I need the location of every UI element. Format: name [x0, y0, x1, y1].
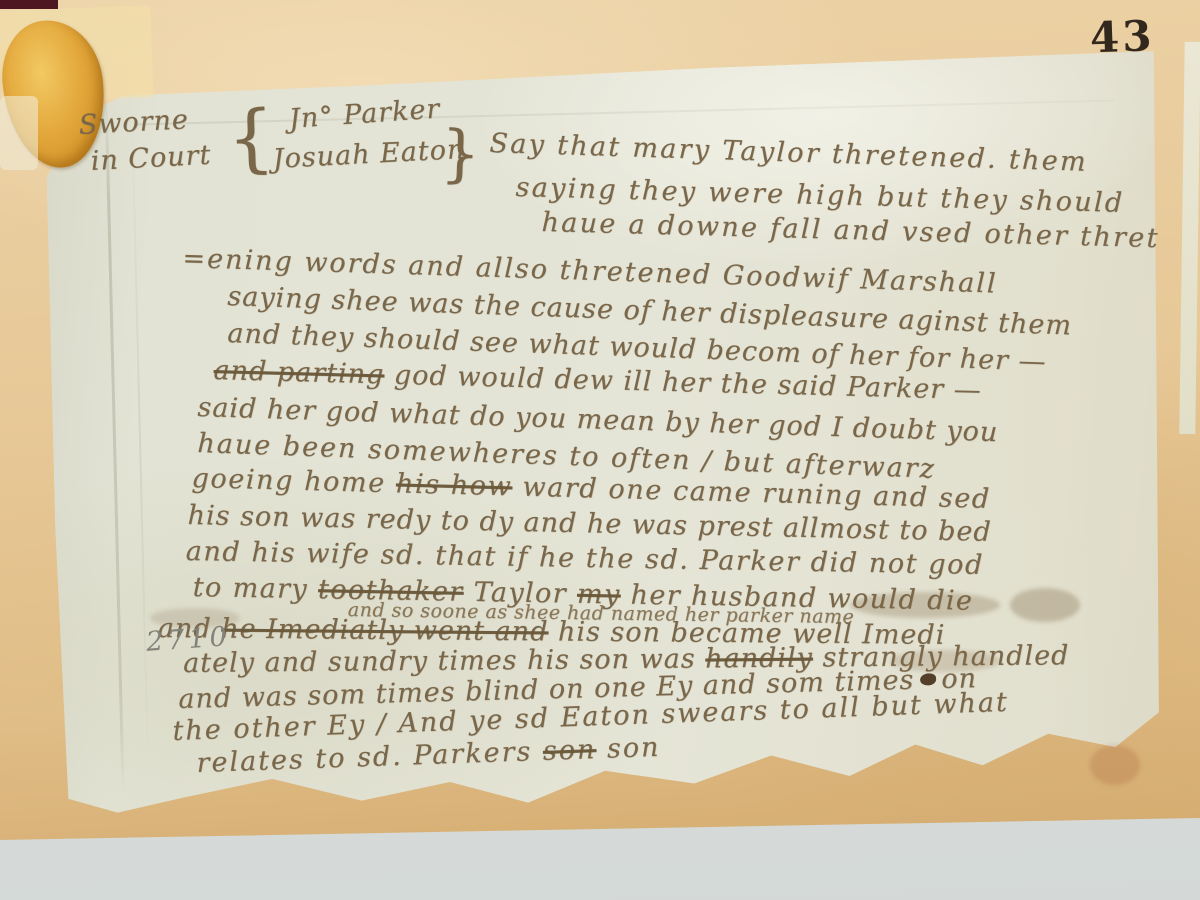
catalog-number: 2710: [145, 621, 232, 658]
scanned-document-page: 43 Sworne in Court { Jn° Parker Josuah E…: [0, 0, 1200, 900]
right-brace: }: [439, 116, 482, 190]
left-brace: {: [226, 94, 277, 182]
light-tape-patch: [0, 96, 38, 170]
struck-text: son: [542, 734, 597, 767]
horizontal-crease: [135, 100, 1115, 126]
struck-text: he Imediatly went and: [221, 614, 548, 648]
folio-number: 43: [1089, 11, 1171, 63]
ink-blot-icon: [920, 673, 936, 685]
struck-text: his how: [396, 468, 513, 502]
vertical-fold-crease: [105, 96, 125, 796]
sworn-note-line2: in Court: [90, 140, 212, 177]
binding-edge-fragment: [0, 0, 58, 9]
sworn-note-line1: Sworne: [78, 104, 190, 141]
secondary-fold-crease: [131, 112, 149, 772]
struck-text: and parting: [213, 355, 385, 390]
